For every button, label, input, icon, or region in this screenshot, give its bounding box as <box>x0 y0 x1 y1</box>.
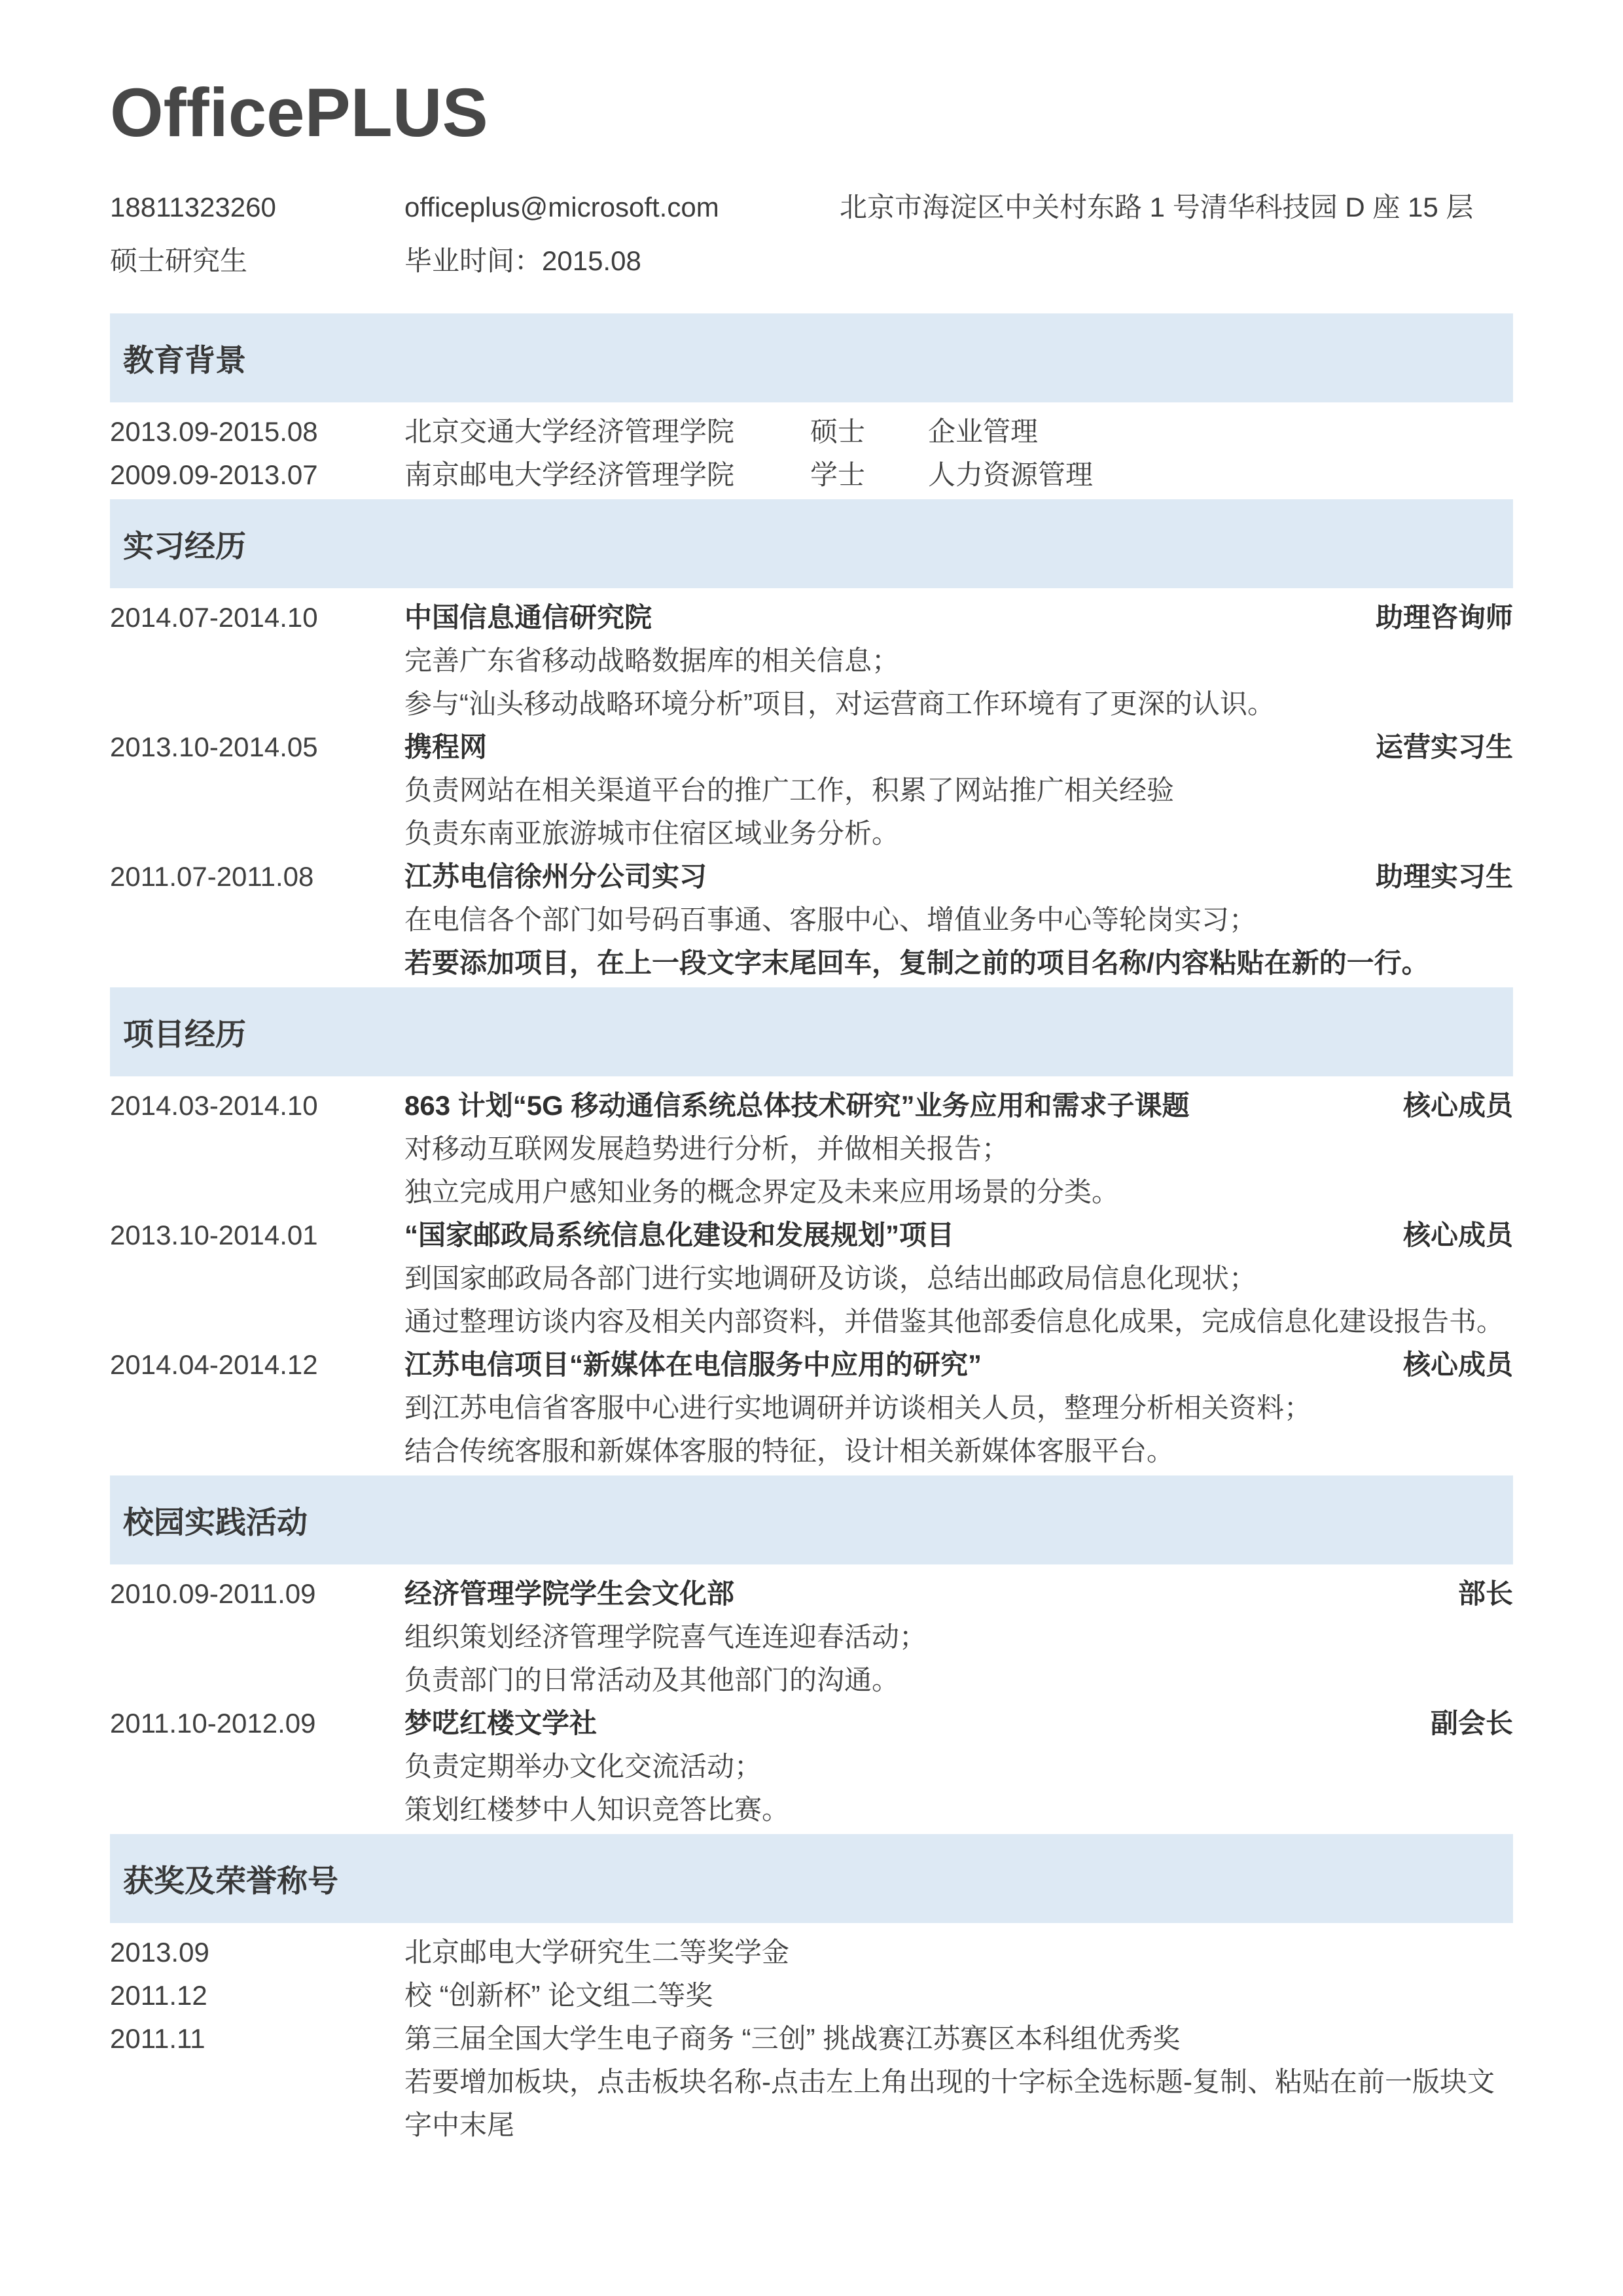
description-line: 组织策划经济管理学院喜气连连迎春活动； <box>404 1616 1513 1659</box>
description-line: 对移动互联网发展趋势进行分析，并做相关报告； <box>404 1127 1513 1171</box>
section-header-bar: 实习经历 <box>110 499 1513 588</box>
contact-info: 18811323260 officeplus@microsoft.com 北京市… <box>110 188 1513 281</box>
template-note-line: 若要添加项目，在上一段文字末尾回车，复制之前的项目名称/内容粘贴在新的一行。 <box>404 942 1513 985</box>
section-campus: 校园实践活动2010.09-2011.09经济管理学院学生会文化部部长组织策划经… <box>110 1475 1513 1831</box>
entry-body: 校 “创新杯” 论文组二等奖 <box>404 1974 1513 2017</box>
entry-body: 江苏电信项目“新媒体在电信服务中应用的研究”核心成员到江苏电信省客服中心进行实地… <box>404 1343 1513 1473</box>
period-label: 2014.07-2014.10 <box>110 596 404 726</box>
officeplus-logo: OfficePLUS <box>110 73 1513 152</box>
award-row: 2011.11第三届全国大学生电子商务 “三创” 挑战赛江苏赛区本科组优秀奖若要… <box>110 2017 1513 2147</box>
entry-header: 江苏电信项目“新媒体在电信服务中应用的研究”核心成员 <box>404 1343 1513 1386</box>
section-header-bar: 获奖及荣誉称号 <box>110 1834 1513 1923</box>
degree-level: 硕士研究生 <box>110 241 404 281</box>
section-header-bar: 教育背景 <box>110 313 1513 402</box>
description-line: 完善广东省移动战略数据库的相关信息； <box>404 639 1513 682</box>
entry-header: 江苏电信徐州分公司实习助理实习生 <box>404 855 1513 898</box>
degree-label: 学士 <box>810 453 928 497</box>
section-education: 教育背景2013.09-2015.08北京交通大学经济管理学院硕士企业管理200… <box>110 313 1513 497</box>
entry-body: 863 计划“5G 移动通信系统总体技术研究”业务应用和需求子课题核心成员对移动… <box>404 1084 1513 1214</box>
period-label: 2011.07-2011.08 <box>110 855 404 985</box>
period-label: 2013.09-2015.08 <box>110 410 404 453</box>
major-label: 人力资源管理 <box>928 453 1513 497</box>
description-line: 独立完成用户感知业务的概念界定及未来应用场景的分类。 <box>404 1171 1513 1214</box>
entry-body: 经济管理学院学生会文化部部长组织策划经济管理学院喜气连连迎春活动；负责部门的日常… <box>404 1572 1513 1702</box>
organization-name: 中国信息通信研究院 <box>404 596 652 639</box>
organization-name: 江苏电信徐州分公司实习 <box>404 855 707 898</box>
role-label: 运营实习生 <box>1376 726 1513 769</box>
section-title: 教育背景 <box>123 336 246 380</box>
school-name: 北京交通大学经济管理学院 <box>404 410 810 453</box>
entry-body: 携程网运营实习生负责网站在相关渠道平台的推广工作，积累了网站推广相关经验负责东南… <box>404 726 1513 855</box>
role-label: 助理实习生 <box>1376 855 1513 898</box>
experience-entry: 2011.10-2012.09梦呓红楼文学社副会长负责定期举办文化交流活动；策划… <box>110 1702 1513 1831</box>
entry-header: 经济管理学院学生会文化部部长 <box>404 1572 1513 1616</box>
experience-entry: 2014.04-2014.12江苏电信项目“新媒体在电信服务中应用的研究”核心成… <box>110 1343 1513 1473</box>
period-label: 2013.10-2014.05 <box>110 726 404 855</box>
role-label: 部长 <box>1458 1572 1513 1616</box>
award-line: 校 “创新杯” 论文组二等奖 <box>404 1974 1513 2017</box>
section-title: 校园实践活动 <box>123 1498 308 1542</box>
experience-entry: 2014.07-2014.10中国信息通信研究院助理咨询师完善广东省移动战略数据… <box>110 596 1513 726</box>
section-title: 获奖及荣誉称号 <box>123 1857 338 1901</box>
role-label: 核心成员 <box>1403 1084 1513 1127</box>
organization-name: 经济管理学院学生会文化部 <box>404 1572 734 1616</box>
entry-header: 中国信息通信研究院助理咨询师 <box>404 596 1513 639</box>
section-header-bar: 项目经历 <box>110 987 1513 1076</box>
organization-name: 携程网 <box>404 726 487 769</box>
period-label: 2013.10-2014.01 <box>110 1214 404 1343</box>
organization-name: 梦呓红楼文学社 <box>404 1702 597 1745</box>
entry-body: 中国信息通信研究院助理咨询师完善广东省移动战略数据库的相关信息；参与“汕头移动战… <box>404 596 1513 726</box>
experience-entry: 2014.03-2014.10863 计划“5G 移动通信系统总体技术研究”业务… <box>110 1084 1513 1214</box>
section-header-bar: 校园实践活动 <box>110 1475 1513 1564</box>
description-line: 结合传统客服和新媒体客服的特征，设计相关新媒体客服平台。 <box>404 1430 1513 1473</box>
period-label: 2011.11 <box>110 2017 404 2147</box>
section-title: 实习经历 <box>123 522 246 566</box>
resume-header: OfficePLUS 18811323260 officeplus@micros… <box>110 73 1513 281</box>
period-label: 2009.09-2013.07 <box>110 453 404 497</box>
resume-sections: 教育背景2013.09-2015.08北京交通大学经济管理学院硕士企业管理200… <box>110 313 1513 2147</box>
description-line: 参与“汕头移动战略环境分析”项目，对运营商工作环境有了更深的认识。 <box>404 682 1513 726</box>
graduation-date: 毕业时间：2015.08 <box>404 241 840 281</box>
entry-header: 863 计划“5G 移动通信系统总体技术研究”业务应用和需求子课题核心成员 <box>404 1084 1513 1127</box>
period-label: 2014.04-2014.12 <box>110 1343 404 1473</box>
description-line: 到江苏电信省客服中心进行实地调研并访谈相关人员，整理分析相关资料； <box>404 1386 1513 1430</box>
entry-body: 第三届全国大学生电子商务 “三创” 挑战赛江苏赛区本科组优秀奖若要增加板块，点击… <box>404 2017 1513 2147</box>
entry-body: 北京邮电大学研究生二等奖学金 <box>404 1931 1513 1974</box>
award-line: 第三届全国大学生电子商务 “三创” 挑战赛江苏赛区本科组优秀奖 <box>404 2017 1513 2060</box>
period-label: 2011.10-2012.09 <box>110 1702 404 1831</box>
experience-entry: 2011.07-2011.08江苏电信徐州分公司实习助理实习生在电信各个部门如号… <box>110 855 1513 985</box>
role-label: 核心成员 <box>1403 1343 1513 1386</box>
award-line: 北京邮电大学研究生二等奖学金 <box>404 1931 1513 1974</box>
description-line: 负责东南亚旅游城市住宿区域业务分析。 <box>404 812 1513 855</box>
role-label: 核心成员 <box>1403 1214 1513 1257</box>
period-label: 2010.09-2011.09 <box>110 1572 404 1702</box>
award-row: 2011.12校 “创新杯” 论文组二等奖 <box>110 1974 1513 2017</box>
entry-body: “国家邮政局系统信息化建设和发展规划”项目核心成员到国家邮政局各部门进行实地调研… <box>404 1214 1513 1343</box>
organization-name: 江苏电信项目“新媒体在电信服务中应用的研究” <box>404 1343 982 1386</box>
education-row: 2013.09-2015.08北京交通大学经济管理学院硕士企业管理 <box>110 410 1513 453</box>
period-label: 2011.12 <box>110 1974 404 2017</box>
school-name: 南京邮电大学经济管理学院 <box>404 453 810 497</box>
experience-entry: 2013.10-2014.05携程网运营实习生负责网站在相关渠道平台的推广工作，… <box>110 726 1513 855</box>
organization-name: 863 计划“5G 移动通信系统总体技术研究”业务应用和需求子课题 <box>404 1084 1189 1127</box>
entry-header: 携程网运营实习生 <box>404 726 1513 769</box>
degree-label: 硕士 <box>810 410 928 453</box>
description-line: 策划红楼梦中人知识竞答比赛。 <box>404 1788 1513 1831</box>
period-label: 2014.03-2014.10 <box>110 1084 404 1214</box>
description-line: 通过整理访谈内容及相关内部资料，并借鉴其他部委信息化成果，完成信息化建设报告书。 <box>404 1300 1513 1343</box>
section-awards: 获奖及荣誉称号2013.09北京邮电大学研究生二等奖学金2011.12校 “创新… <box>110 1834 1513 2147</box>
entry-body: 江苏电信徐州分公司实习助理实习生在电信各个部门如号码百事通、客服中心、增值业务中… <box>404 855 1513 985</box>
experience-entry: 2013.10-2014.01“国家邮政局系统信息化建设和发展规划”项目核心成员… <box>110 1214 1513 1343</box>
role-label: 副会长 <box>1431 1702 1513 1745</box>
entry-body: 梦呓红楼文学社副会长负责定期举办文化交流活动；策划红楼梦中人知识竞答比赛。 <box>404 1702 1513 1831</box>
section-projects: 项目经历2014.03-2014.10863 计划“5G 移动通信系统总体技术研… <box>110 987 1513 1473</box>
description-line: 在电信各个部门如号码百事通、客服中心、增值业务中心等轮岗实习； <box>404 898 1513 942</box>
entry-header: 梦呓红楼文学社副会长 <box>404 1702 1513 1745</box>
award-line: 若要增加板块，点击板块名称-点击左上角出现的十字标全选标题-复制、粘贴在前一版块… <box>404 2060 1513 2147</box>
period-label: 2013.09 <box>110 1931 404 1974</box>
organization-name: “国家邮政局系统信息化建设和发展规划”项目 <box>404 1214 954 1257</box>
email-address: officeplus@microsoft.com <box>404 188 840 227</box>
description-line: 负责部门的日常活动及其他部门的沟通。 <box>404 1659 1513 1702</box>
description-line: 负责定期举办文化交流活动； <box>404 1745 1513 1788</box>
section-title: 项目经历 <box>123 1010 246 1054</box>
resume-page: OfficePLUS 18811323260 officeplus@micros… <box>0 0 1623 2147</box>
role-label: 助理咨询师 <box>1376 596 1513 639</box>
education-row: 2009.09-2013.07南京邮电大学经济管理学院学士人力资源管理 <box>110 453 1513 497</box>
award-row: 2013.09北京邮电大学研究生二等奖学金 <box>110 1931 1513 1974</box>
entry-header: “国家邮政局系统信息化建设和发展规划”项目核心成员 <box>404 1214 1513 1257</box>
phone-number: 18811323260 <box>110 188 404 227</box>
description-line: 负责网站在相关渠道平台的推广工作，积累了网站推广相关经验 <box>404 769 1513 812</box>
postal-address: 北京市海淀区中关村东路 1 号清华科技园 D 座 15 层 <box>840 188 1513 281</box>
experience-entry: 2010.09-2011.09经济管理学院学生会文化部部长组织策划经济管理学院喜… <box>110 1572 1513 1702</box>
major-label: 企业管理 <box>928 410 1513 453</box>
section-internship: 实习经历2014.07-2014.10中国信息通信研究院助理咨询师完善广东省移动… <box>110 499 1513 985</box>
description-line: 到国家邮政局各部门进行实地调研及访谈，总结出邮政局信息化现状； <box>404 1257 1513 1300</box>
